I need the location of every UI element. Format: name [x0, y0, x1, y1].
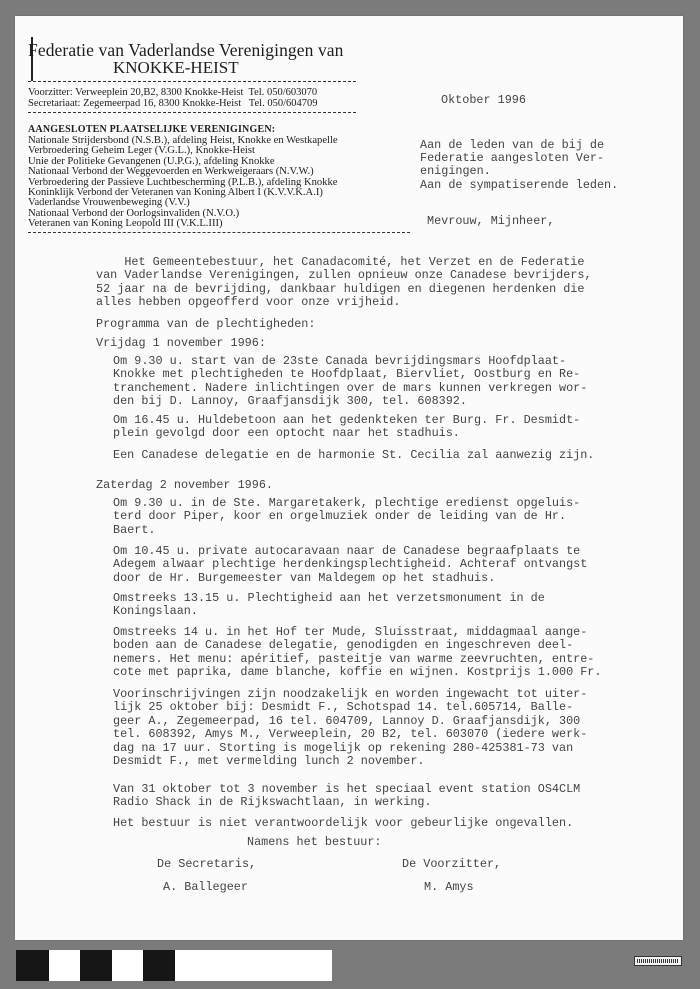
calibration-black	[80, 950, 112, 981]
program-heading: Programma van de plechtigheden:	[96, 318, 315, 331]
day1-item: Om 16.45 u. Huldebetoon aan het gedenkte…	[113, 414, 580, 441]
calibration-white	[49, 950, 80, 981]
president-role: De Voorzitter,	[402, 858, 501, 871]
day2-item: Om 9.30 u. in de Ste. Margaretakerk, ple…	[113, 497, 580, 537]
divider	[28, 81, 356, 82]
radio-paragraph: Van 31 oktober tot 3 november is het spe…	[113, 783, 580, 810]
secretary-role: De Secretaris,	[157, 858, 256, 871]
day2-item: Omstreeks 13.15 u. Plechtigheid aan het …	[113, 592, 545, 619]
associations-list: Nationale Strijdersbond (N.S.B.), afdeli…	[28, 136, 338, 230]
disclaimer: Het bestuur is niet verantwoordelijk voo…	[113, 817, 573, 830]
intro-paragraph: Het Gemeentebestuur, het Canadacomité, h…	[96, 256, 592, 310]
day1-item: Een Canadese delegatie en de harmonie St…	[113, 449, 594, 462]
letter-date: Oktober 1996	[441, 93, 526, 107]
day2-item: Omstreeks 14 u. in het Hof ter Mude, Slu…	[113, 626, 601, 680]
calibration-white	[175, 950, 332, 981]
calibration-black	[143, 950, 175, 981]
day2-heading: Zaterdag 2 november 1996.	[96, 479, 273, 492]
addressee-block: Aan de leden van de bij de Federatie aan…	[420, 139, 618, 192]
president-name: M. Amys	[424, 881, 474, 894]
associations-heading: AANGESLOTEN PLAATSELIJKE VERENIGINGEN:	[28, 124, 275, 135]
calibration-black	[16, 950, 49, 981]
day1-heading: Vrijdag 1 november 1996:	[96, 337, 266, 350]
secretary-name: A. Ballegeer	[163, 881, 248, 894]
secretariaat-address: Secretariaat: Zegemeerpad 16, 8300 Knokk…	[28, 98, 317, 109]
day2-item: Voorinschrijvingen zijn noodzakelijk en …	[113, 688, 587, 768]
calibration-white	[112, 950, 143, 981]
divider	[28, 112, 356, 113]
divider	[28, 232, 410, 233]
day1-item: Om 9.30 u. start van de 23ste Canada bev…	[113, 355, 587, 409]
day2-item: Om 10.45 u. private autocaravaan naar de…	[113, 545, 587, 585]
closing: Namens het bestuur:	[247, 836, 382, 849]
barcode-label	[634, 956, 682, 966]
salutation: Mevrouw, Mijnheer,	[427, 214, 554, 228]
letterhead-city: KNOKKE-HEIST	[113, 58, 239, 78]
voorzitter-address: Voorzitter: Verweeplein 20,B2, 8300 Knok…	[28, 87, 317, 98]
